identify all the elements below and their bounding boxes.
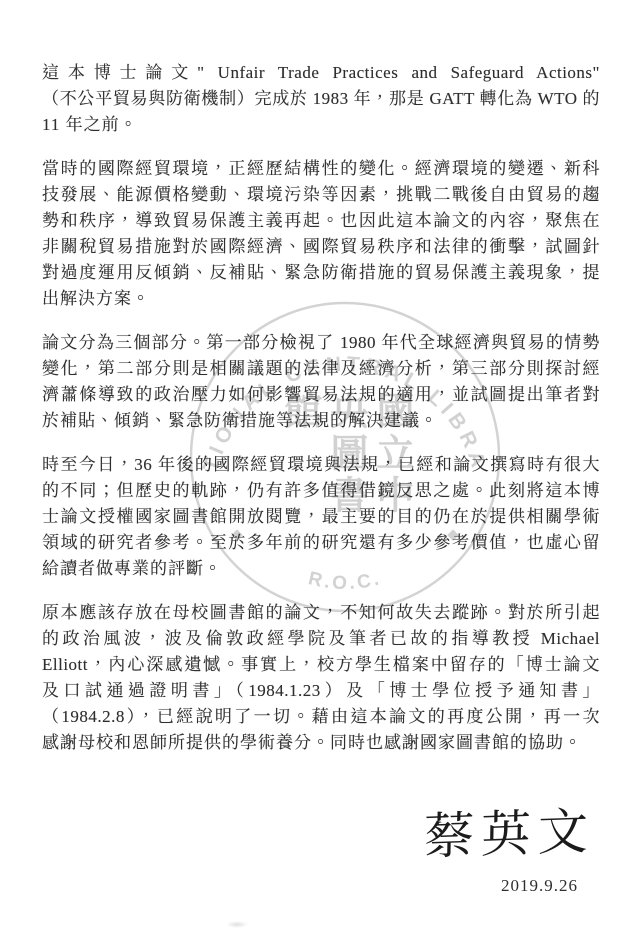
text-line: 勢和秩序，導致貿易保護主義再起。也因此這本論文的內容，聚焦在: [42, 208, 600, 234]
text-line: 的不同；但歷史的軌跡，仍有許多值得借鏡反思之處。此刻將這本博: [42, 478, 600, 504]
text-line: 技發展、能源價格變動、環境污染等因素，挑戰二戰後自由貿易的趨: [42, 182, 600, 208]
text-line: 論文分為三個部分。第一部分檢視了 1980 年代全球經濟與貿易的情勢: [42, 330, 600, 356]
paragraph: 這本博士論文" Unfair Trade Practices and Safeg…: [42, 60, 600, 138]
text-line: 當時的國際經貿環境，正經歷結構性的變化。經濟環境的變遷、新科: [42, 156, 600, 182]
text-line: 濟蕭條導致的政治壓力如何影響貿易法規的適用，並試圖提出筆者對: [42, 382, 600, 408]
text-line: 時至今日，36 年後的國際經貿環境與法規，已經和論文撰寫時有很大: [42, 452, 600, 478]
text-line: 領域的研究者參考。至於多年前的研究還有多少參考價值，也虛心留: [42, 530, 600, 556]
signature-tsai-ing-wen: 蔡英文: [423, 791, 595, 869]
text-line: 出解決方案。: [42, 286, 600, 312]
text-line: 11 年之前。: [42, 112, 600, 138]
text-line: 的政治風波，波及倫敦政經學院及筆者已故的指導教授 Michael: [42, 626, 600, 652]
paragraph: 原本應該存放在母校圖書館的論文，不知何故失去蹤跡。對於所引起的政治風波，波及倫敦…: [42, 600, 600, 756]
text-line: 原本應該存放在母校圖書館的論文，不知何故失去蹤跡。對於所引起: [42, 600, 600, 626]
date-text: 2019.9.26: [501, 876, 578, 896]
text-line: （不公平貿易與防衛機制）完成於 1983 年，那是 GATT 轉化為 WTO 的: [42, 86, 600, 112]
text-line: 及口試通過證明書」（1984.1.23）及「博士學位授予通知書」: [42, 678, 600, 704]
scanned-letter-page: NATIONAL CENTRAL LIBRARY R.O.C. ◆ ◆ 國立中央…: [0, 0, 644, 939]
text-line: 士論文授權國家圖書館開放閱覽，最主要的目的仍在於提供相關學術: [42, 504, 600, 530]
text-line: 變化，第二部分則是相關議題的法律及經濟分析，第三部分則探討經: [42, 356, 600, 382]
text-line: 感謝母校和恩師所提供的學術養分。同時也感謝國家圖書館的協助。: [42, 730, 600, 756]
text-line: 這本博士論文" Unfair Trade Practices and Safeg…: [42, 60, 600, 86]
text-line: （1984.2.8），已經說明了一切。藉由這本論文的再度公開，再一次: [42, 704, 600, 730]
text-line: Elliott，內心深感遺憾。事實上，校方學生檔案中留存的「博士論文: [42, 652, 600, 678]
letter-body: 這本博士論文" Unfair Trade Practices and Safeg…: [42, 60, 600, 774]
scan-smudge: [226, 921, 248, 928]
paragraph: 當時的國際經貿環境，正經歷結構性的變化。經濟環境的變遷、新科技發展、能源價格變動…: [42, 156, 600, 312]
text-line: 非關稅貿易措施對於國際經濟、國際貿易秩序和法律的衝擊，試圖針: [42, 234, 600, 260]
paragraph: 時至今日，36 年後的國際經貿環境與法規，已經和論文撰寫時有很大的不同；但歷史的…: [42, 452, 600, 582]
text-line: 給讀者做專業的評斷。: [42, 556, 600, 582]
text-line: 對過度運用反傾銷、反補貼、緊急防衛措施的貿易保護主義現象，提: [42, 260, 600, 286]
paragraph: 論文分為三個部分。第一部分檢視了 1980 年代全球經濟與貿易的情勢變化，第二部…: [42, 330, 600, 434]
text-line: 於補貼、傾銷、緊急防衛措施等法規的解決建議。: [42, 408, 600, 434]
